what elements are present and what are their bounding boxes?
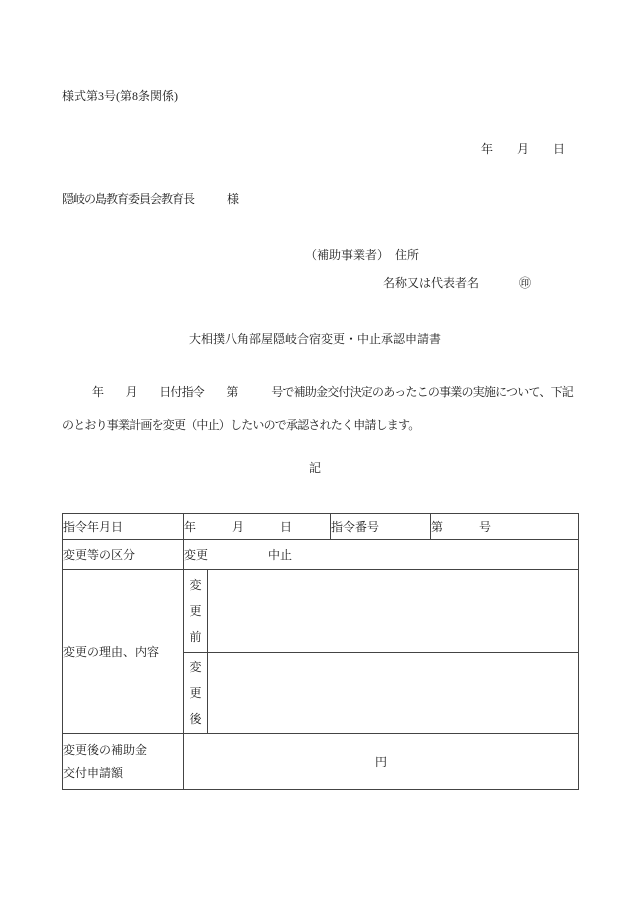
- directive-date-label: 指令年月日: [63, 514, 184, 540]
- before-label: 変更前: [189, 572, 202, 650]
- body-paragraph-line2: のとおり事業計画を変更（中止）したいので承認されたく申請します。: [62, 416, 419, 433]
- row-amount: 変更後の補助金 交付申請額 円: [63, 734, 579, 790]
- change-category-label: 変更等の区分: [63, 540, 184, 570]
- after-label: 変更後: [189, 654, 202, 732]
- date-line: 年 月 日: [481, 140, 565, 157]
- document-title: 大相撲八角部屋隠岐合宿変更・中止承認申請書: [0, 330, 630, 347]
- form-number: 様式第3号(第8条関係): [62, 87, 178, 104]
- amount-label-line1: 変更後の補助金: [63, 739, 183, 762]
- row-change-before: 変更の理由、内容 変更前: [63, 570, 579, 653]
- ki-heading: 記: [0, 459, 630, 476]
- body-paragraph-line1: 年 月 日付指令 第 号で補助金交付決定のあったこの事業の実施について、下記: [62, 383, 573, 400]
- after-label-cell: 変更後: [184, 653, 208, 734]
- change-reason-label: 変更の理由、内容: [63, 570, 184, 734]
- directive-date-value: 年 月 日: [184, 514, 331, 540]
- amount-label-line2: 交付申請額: [63, 762, 183, 785]
- change-category-options: 変更 中止: [184, 540, 579, 570]
- row-change-category: 変更等の区分 変更 中止: [63, 540, 579, 570]
- directive-number-label: 指令番号: [331, 514, 431, 540]
- applicant-address-label: （補助事業者） 住所: [305, 246, 419, 263]
- row-directive-date: 指令年月日 年 月 日 指令番号 第 号: [63, 514, 579, 540]
- applicant-name-line: 名称又は代表者名㊞: [383, 274, 531, 291]
- application-table: 指令年月日 年 月 日 指令番号 第 号 変更等の区分 変更 中止 変更の理由、…: [62, 513, 579, 790]
- directive-number-value: 第 号: [431, 514, 579, 540]
- change-after-content: [208, 653, 579, 734]
- seal-mark-icon: ㊞: [519, 276, 531, 290]
- addressee-line: 隠岐の島教育委員会教育長 様: [62, 190, 238, 207]
- before-label-cell: 変更前: [184, 570, 208, 653]
- amount-value-cell: 円: [184, 734, 579, 790]
- change-before-content: [208, 570, 579, 653]
- amount-label: 変更後の補助金 交付申請額: [63, 734, 184, 790]
- form-table: 指令年月日 年 月 日 指令番号 第 号 変更等の区分 変更 中止 変更の理由、…: [62, 513, 579, 790]
- applicant-name-label: 名称又は代表者名: [383, 276, 479, 290]
- document-page: 様式第3号(第8条関係) 年 月 日 隠岐の島教育委員会教育長 様 （補助事業者…: [0, 0, 630, 903]
